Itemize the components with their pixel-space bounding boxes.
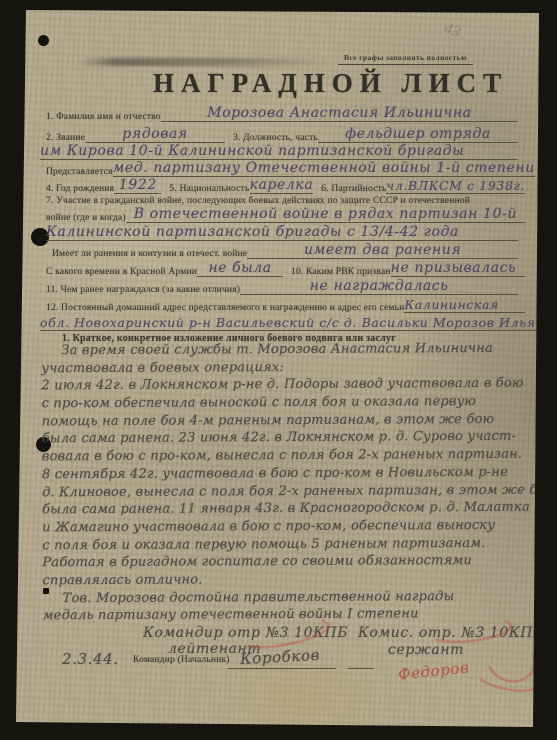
signature-date: 2.3.44.	[62, 650, 119, 668]
field-wounds-value: имеет два ранения	[247, 242, 518, 259]
signature-line-short	[348, 668, 374, 669]
signature-line	[228, 668, 336, 669]
field-rvk-value: не призывалась	[391, 260, 525, 277]
citation-body: За время своей службы т. Морозова Анаста…	[41, 341, 534, 627]
corner-pencil-mark: 43	[441, 20, 462, 42]
commissar-signature-red: Федоров	[397, 658, 470, 683]
document-title: НАГРАДНОЙ ЛИСТ	[153, 68, 508, 99]
field-name-value: Морозова Анастасия Ильинична	[161, 105, 518, 122]
field-home-address-row2: обл. Новохаринский р-н Васильевский с/с …	[40, 313, 525, 331]
commander-signature: Коробков	[240, 646, 321, 668]
field-position-label: 3. Должность, часть	[233, 133, 318, 143]
punch-hole-top	[38, 35, 49, 46]
field-army-since-label: С какого времени в Красной Армии	[46, 267, 197, 277]
field-army-service-row: С какого времени в Красной Армии не была…	[46, 260, 525, 277]
field-presented-label: Представляется	[46, 167, 113, 177]
field-name-row: 1. Фамилия имя и отчество Морозова Анаст…	[46, 105, 518, 122]
field-home-address-value: Калининская	[404, 297, 525, 313]
field-rank-label: 2. Звание	[46, 133, 85, 143]
field-wounds-row: Имеет ли ранения и контузии в отечест. в…	[52, 242, 518, 259]
field-war-participation-row: войне (где и когда) В отечественной войн…	[46, 206, 525, 223]
field-rvk-label: 10. Каким РВК призван	[291, 267, 391, 277]
field-home-address-label: 12. Постоянный домашний адрес представля…	[46, 303, 404, 313]
field-name-label: 1. Фамилия имя и отчество	[46, 112, 161, 122]
field-presented-value: мед. партизану Отечественной войны 1-й с…	[113, 160, 535, 177]
field-position-row2: им Кирова 10-й Калининской партизанской …	[40, 143, 518, 160]
erased-text-smudge	[78, 58, 333, 66]
paper-sheet: 43 Все графы заполнять полностью НАГРАДН…	[0, 0, 557, 740]
field-nationality-label: 5. Национальность	[169, 184, 249, 194]
field-war-participation-label-line2: войне (где и когда)	[46, 213, 126, 223]
field-war-participation-value: В отечественной войне в рядах партизан 1…	[126, 206, 525, 223]
field-war-participation-label-line1: 7. Участие в гражданской войне, последую…	[46, 196, 470, 206]
field-war-participation-row2: Калининской партизанской бригады с 13/4-…	[46, 223, 518, 241]
field-party-value: чл.ВЛКСМ с 1938г.	[386, 178, 525, 194]
field-wounds-label: Имеет ли ранения и контузии в отечест. в…	[52, 249, 247, 259]
field-home-address-row: 12. Постоянный домашний адрес представля…	[46, 296, 525, 313]
field-birthyear-value: 1922	[114, 177, 161, 194]
commissar-rank-handwritten: сержант	[388, 642, 464, 658]
field-party-label: 6. Партийность	[321, 184, 386, 194]
field-war-participation-value2: Калининской партизанской бригады с 13/4-…	[46, 224, 518, 241]
field-position-value2: им Кирова 10-й Калининской партизанской …	[40, 143, 518, 160]
field-prior-awards-value: не награждалась	[240, 278, 518, 295]
field-army-since-value: не была	[197, 260, 283, 277]
field-nationality-value: карелка	[250, 177, 314, 194]
field-rank-value: рядовая	[85, 126, 225, 143]
field-position-value: фельдшер отряда	[318, 126, 518, 143]
form-instruction: Все графы заполнять полностью	[338, 53, 473, 65]
field-home-address-value2: обл. Новохаринский р-н Васильевский с/с …	[40, 315, 557, 331]
field-rank-position-row: 2. Звание рядовая 3. Должность, часть фе…	[46, 126, 518, 143]
field-birthyear-label: 4. Год рождения	[46, 184, 114, 194]
field-prior-awards-label: 11. Чем ранее награждался (за какие отли…	[46, 285, 240, 295]
scanned-document: 43 Все графы заполнять полностью НАГРАДН…	[0, 0, 557, 740]
commander-typed-label: Командир (Начальник)	[133, 655, 230, 665]
field-prior-awards-row: 11. Чем ранее награждался (за какие отли…	[46, 278, 518, 295]
field-presented-row: Представляется мед. партизану Отечествен…	[46, 160, 518, 177]
field-birth-nationality-party-row: 4. Год рождения 1922 5. Национальность к…	[46, 177, 525, 194]
